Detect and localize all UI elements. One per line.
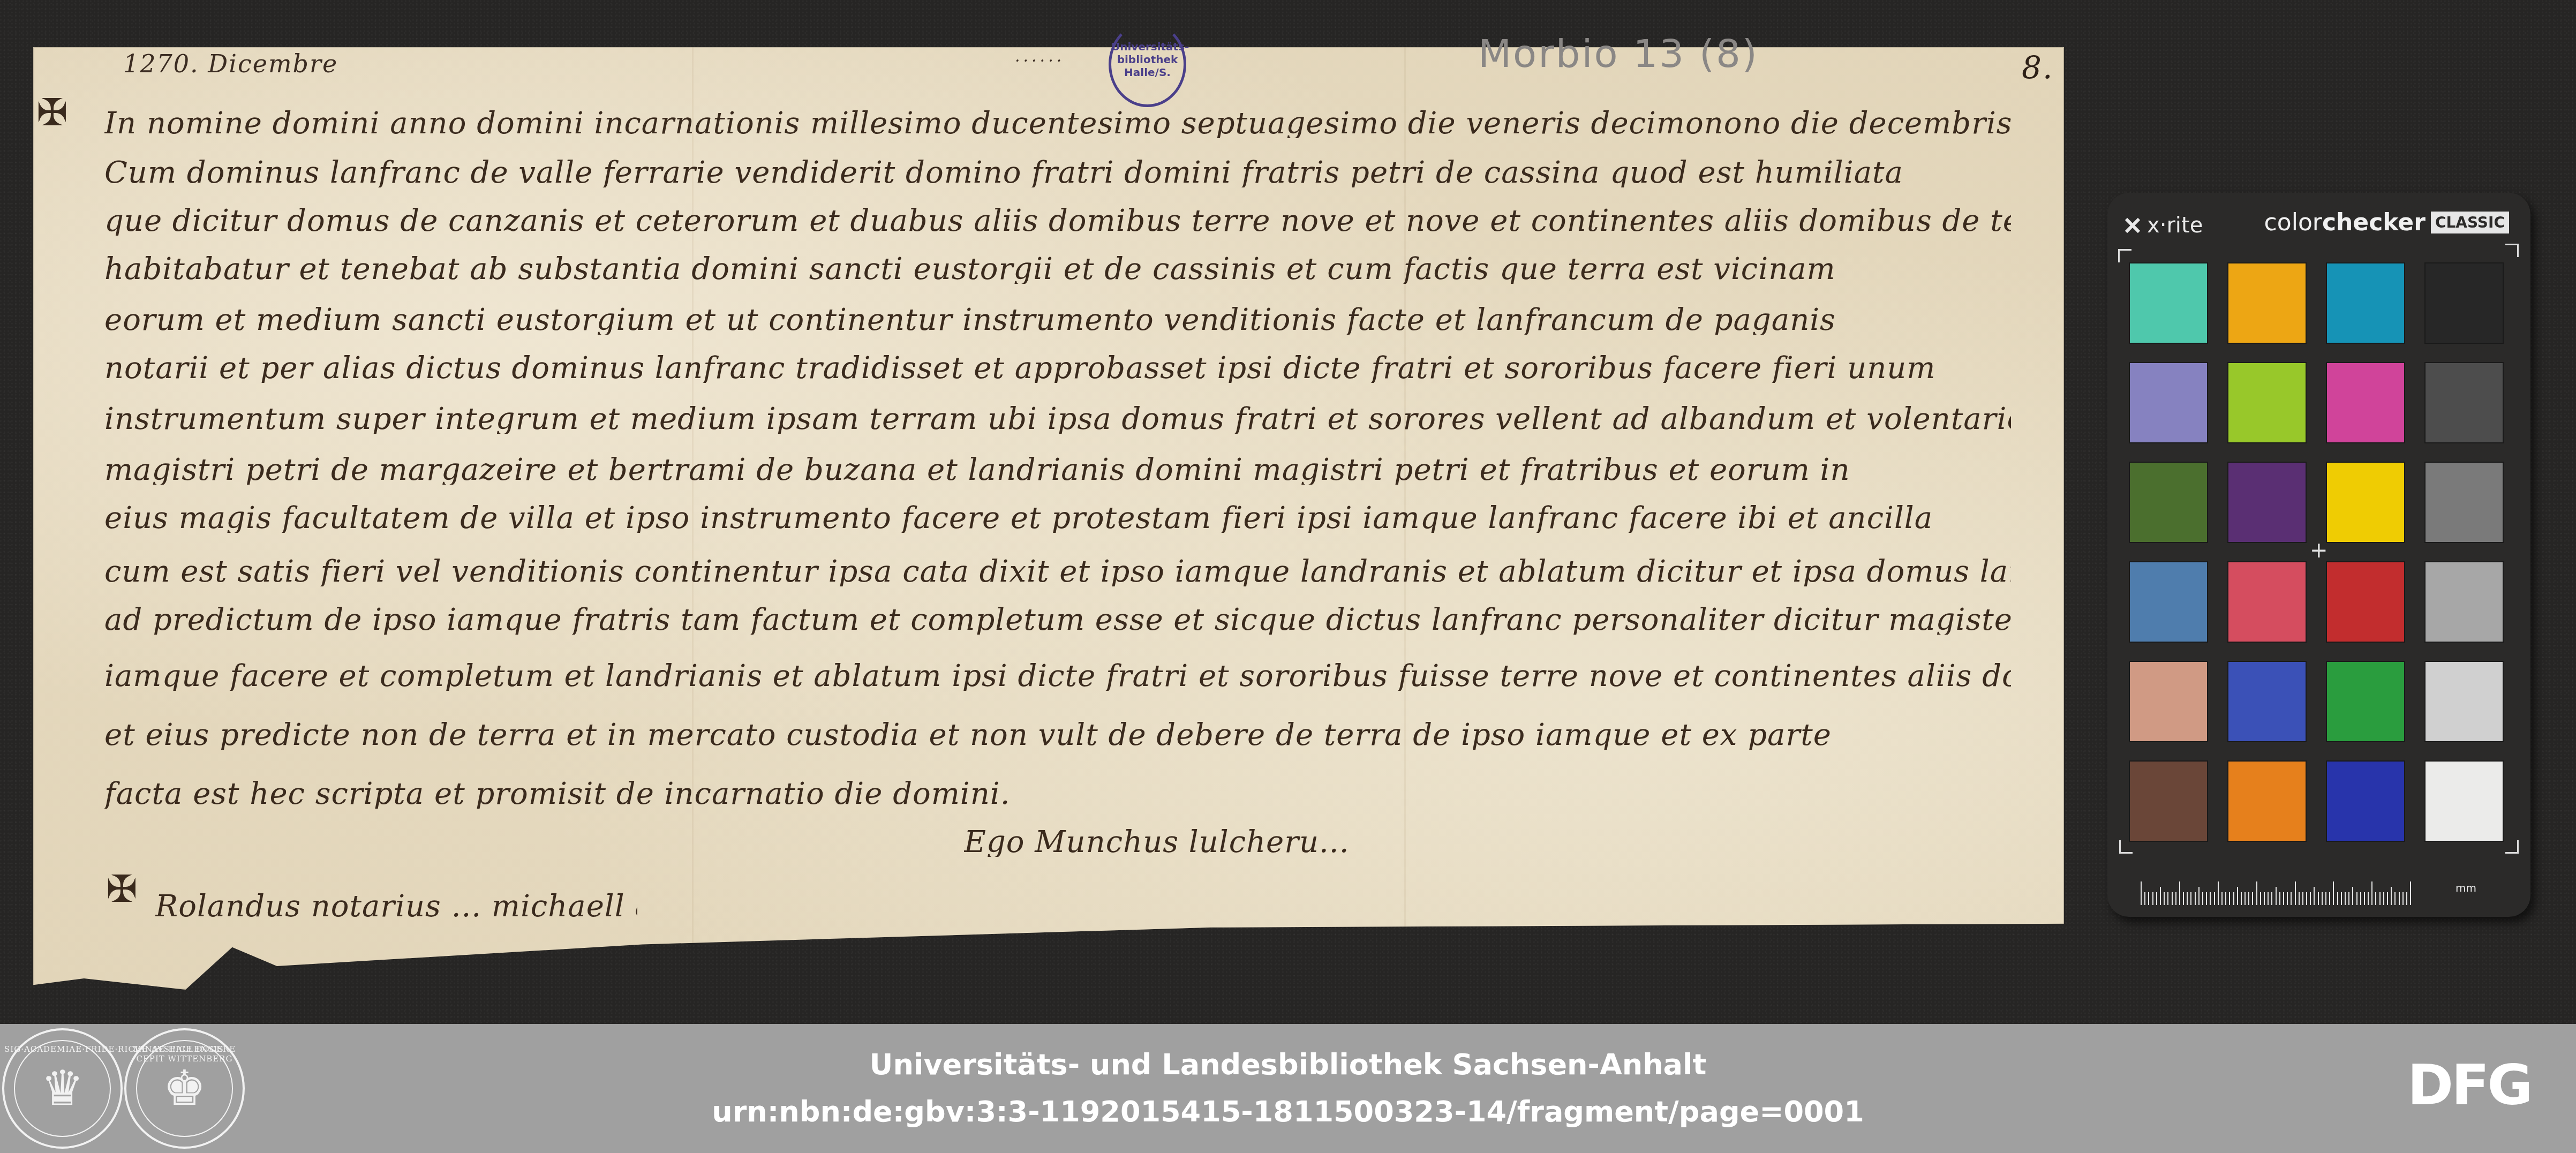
color-patch xyxy=(2326,362,2405,443)
color-patch xyxy=(2227,462,2307,543)
ruler-tick xyxy=(2225,892,2226,905)
color-patch xyxy=(2227,661,2307,742)
color-patch xyxy=(2129,561,2208,643)
color-patch xyxy=(2424,561,2504,643)
ruler-tick xyxy=(2333,881,2334,905)
ruler-tick xyxy=(2306,892,2307,905)
ruler-tick xyxy=(2198,887,2200,905)
ruler-tick xyxy=(2271,892,2272,905)
ruler-tick xyxy=(2268,892,2269,905)
ruler-tick xyxy=(2410,881,2411,905)
ruler-tick xyxy=(2187,892,2188,905)
manuscript-line: In nomine domini anno domini incarnation… xyxy=(104,106,2011,138)
ruler-tick xyxy=(2375,892,2376,905)
ruler-tick xyxy=(2195,892,2196,905)
manuscript-line: et eius predicte non de terra et in merc… xyxy=(104,718,2011,750)
ruler-tick xyxy=(2144,892,2145,905)
classic-badge: CLASSIC xyxy=(2431,212,2509,233)
colorchecker-card: x·rite color checker CLASSIC + mm xyxy=(2107,193,2530,917)
ruler-tick xyxy=(2156,892,2157,905)
ruler-tick xyxy=(2341,892,2342,905)
manuscript-line: notarii et per alias dictus dominus lanf… xyxy=(104,351,2011,383)
ruler-tick xyxy=(2368,892,2369,905)
manuscript-line: ad predictum de ipso iamque fratris tam … xyxy=(104,602,2011,635)
ruler-tick xyxy=(2356,892,2357,905)
color-patch xyxy=(2326,462,2405,543)
brand-name: x·rite xyxy=(2147,213,2203,238)
manuscript-line: facta est hec scripta et promisit de inc… xyxy=(104,777,2011,809)
ruler-tick xyxy=(2164,892,2165,905)
ruler-tick xyxy=(2210,892,2211,905)
ruler-tick xyxy=(2256,881,2257,905)
ruler-tick xyxy=(2325,892,2326,905)
ruler-tick xyxy=(2310,892,2311,905)
notarial-signum-icon: ✠ xyxy=(106,870,138,908)
library-stamp-icon: Universitäts- bibliothek Halle/S. xyxy=(1109,21,1186,107)
manuscript-line: cum est satis fieri vel venditionis cont… xyxy=(104,554,2011,586)
dfg-logo: DFG xyxy=(2407,1057,2531,1113)
university-seal-halle-icon: SIG·ACADEMIAE·FRIDE·RICIANAE·HALLENSIS ♛ xyxy=(2,1028,123,1149)
color-patch xyxy=(2129,362,2208,443)
shelfmark-annotation: Morbio 13 (8) xyxy=(1478,31,1759,76)
ruler-tick xyxy=(2387,892,2388,905)
product-light: color xyxy=(2264,209,2322,236)
ruler-tick xyxy=(2179,881,2180,905)
folio-number: 8. xyxy=(2022,49,2053,86)
manuscript-line: instrumentum super integrum et medium ip… xyxy=(104,402,2011,434)
urn-identifier[interactable]: urn:nbn:de:gbv:3:3-1192015415-1811500323… xyxy=(0,1095,2576,1128)
dotted-annotation: ...... xyxy=(1015,47,1065,66)
ruler-tick xyxy=(2276,887,2277,905)
ruler-tick xyxy=(2402,892,2404,905)
xrite-icon xyxy=(2123,216,2142,235)
ruler-tick xyxy=(2337,892,2338,905)
ruler-tick xyxy=(2214,892,2215,905)
ruler-tick xyxy=(2241,892,2242,905)
ruler-tick xyxy=(2218,881,2219,905)
ruler-tick xyxy=(2314,887,2315,905)
crosshair-icon: + xyxy=(2310,540,2328,561)
ruler-tick xyxy=(2264,892,2265,905)
ruler-tick xyxy=(2406,892,2407,905)
ruler-tick xyxy=(2141,881,2142,905)
color-patch xyxy=(2227,561,2307,643)
xrite-logo: x·rite xyxy=(2123,213,2203,238)
ruler-tick xyxy=(2233,892,2234,905)
manuscript-line: eorum et medium sancti eustorgium et ut … xyxy=(104,303,2011,335)
mm-ruler xyxy=(2141,881,2451,905)
ruler-unit: mm xyxy=(2456,881,2476,894)
ruler-tick xyxy=(2322,892,2323,905)
ruler-tick xyxy=(2399,892,2400,905)
ruler-tick xyxy=(2360,892,2361,905)
color-patch xyxy=(2326,661,2405,742)
ruler-tick xyxy=(2252,892,2253,905)
ruler-tick xyxy=(2183,892,2184,905)
ruler-tick xyxy=(2302,892,2303,905)
scan-canvas: 1270. Dicembre ...... Morbio 13 (8) 8. U… xyxy=(0,0,2576,1024)
ruler-tick xyxy=(2175,892,2176,905)
ruler-tick xyxy=(2279,892,2280,905)
stamp-text: Universitäts- bibliothek Halle/S. xyxy=(1111,40,1184,79)
color-patch xyxy=(2424,760,2504,842)
ruler-tick xyxy=(2383,892,2384,905)
crop-mark-icon xyxy=(2118,249,2131,262)
ruler-tick xyxy=(2379,892,2381,905)
ruler-tick xyxy=(2299,892,2300,905)
color-patch xyxy=(2129,462,2208,543)
color-patch xyxy=(2424,661,2504,742)
manuscript-line: que dicitur domus de canzanis et ceteror… xyxy=(104,204,2011,236)
ruler-tick xyxy=(2248,892,2249,905)
ruler-tick xyxy=(2283,892,2284,905)
institution-name: Universitäts- und Landesbibliothek Sachs… xyxy=(0,1048,2576,1081)
ruler-tick xyxy=(2148,892,2149,905)
ruler-tick xyxy=(2244,892,2246,905)
ruler-tick xyxy=(2352,887,2353,905)
manuscript-line: magistri petri de margazeire et bertrami… xyxy=(104,453,2011,485)
manuscript-line: iamque facere et completum et landrianis… xyxy=(104,659,2011,691)
manuscript-line: habitabatur et tenebat ab substantia dom… xyxy=(104,252,2011,284)
ruler-tick xyxy=(2371,881,2372,905)
ruler-tick xyxy=(2206,892,2207,905)
crop-mark-icon xyxy=(2505,840,2519,854)
ruler-tick xyxy=(2167,892,2168,905)
crop-mark-icon xyxy=(2505,244,2519,257)
color-patch xyxy=(2424,262,2504,344)
ruler-tick xyxy=(2318,892,2319,905)
color-patch xyxy=(2129,262,2208,344)
ruler-tick xyxy=(2172,892,2173,905)
date-annotation: 1270. Dicembre xyxy=(123,49,338,78)
footer-band: SIG·ACADEMIAE·FRIDE·RICIANAE·HALLENSIS ♛… xyxy=(0,1024,2576,1153)
color-patch xyxy=(2129,661,2208,742)
ruler-tick xyxy=(2391,887,2392,905)
manuscript-line: eius magis facultatem de villa et ipso i… xyxy=(104,501,2011,533)
ruler-tick xyxy=(2394,892,2396,905)
color-patch xyxy=(2227,362,2307,443)
color-patch xyxy=(2326,561,2405,643)
manuscript-line: Ego Munchus lulcheru... xyxy=(964,825,1874,857)
ruler-tick xyxy=(2202,892,2203,905)
color-patch xyxy=(2424,462,2504,543)
ruler-tick xyxy=(2260,892,2261,905)
ruler-tick xyxy=(2291,892,2292,905)
ruler-tick xyxy=(2295,881,2296,905)
ruler-tick xyxy=(2348,892,2349,905)
color-patch xyxy=(2424,362,2504,443)
ruler-tick xyxy=(2287,892,2288,905)
crop-mark-icon xyxy=(2119,840,2133,854)
ruler-tick xyxy=(2152,892,2153,905)
color-patch xyxy=(2227,262,2307,344)
product-bold: checker xyxy=(2322,209,2426,236)
product-name: color checker CLASSIC xyxy=(2264,209,2509,236)
ruler-tick xyxy=(2345,892,2346,905)
ruler-tick xyxy=(2229,892,2230,905)
ruler-tick xyxy=(2190,892,2191,905)
color-patch xyxy=(2326,760,2405,842)
manuscript-line: Cum dominus lanfranc de valle ferrarie v… xyxy=(104,155,2011,187)
university-seal-wittenberg-icon: ME AVSPICE DOCERE CEPIT WITTENBERG ♚ xyxy=(124,1028,245,1149)
ruler-tick xyxy=(2329,892,2330,905)
color-patch xyxy=(2326,262,2405,344)
ruler-tick xyxy=(2237,887,2238,905)
notarial-signum-icon: ✠ xyxy=(36,94,68,131)
manuscript-line: Rolandus notarius ... michaell ad dicend… xyxy=(155,889,637,921)
color-patch xyxy=(2227,760,2307,842)
ruler-tick xyxy=(2364,892,2365,905)
ruler-tick xyxy=(2160,887,2161,905)
color-patch xyxy=(2129,760,2208,842)
ruler-tick xyxy=(2221,892,2223,905)
